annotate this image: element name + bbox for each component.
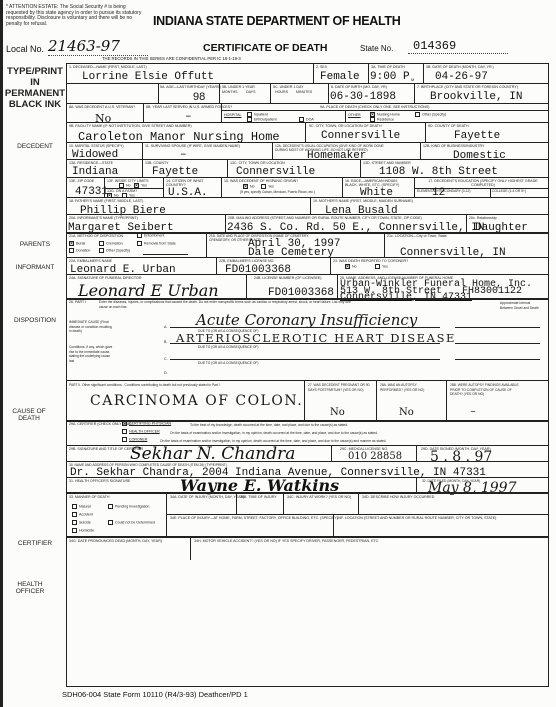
scan-edge: [0, 0, 3, 707]
time-suffix: M: [411, 78, 414, 82]
label-27: 27. WAS DECEDENT PREGNANT OR 90 DAYS POS…: [308, 383, 370, 392]
section-informant: INFORMANT: [4, 264, 66, 271]
label-21c: 21c. LOCATION—City or Town, State: [387, 234, 447, 238]
certificate-title: CERTIFICATE OF DEATH: [203, 42, 327, 54]
checkbox-donation[interactable]: Donation: [69, 248, 90, 253]
label-5b-months: Months: [222, 90, 238, 94]
label-34h: 34h. MOTOR VEHICLE ACCIDENT? (Yes or no)…: [194, 539, 379, 543]
state-no-label: State No.: [360, 44, 393, 53]
label-22a: 22a. EMBALMER'S NAME: [69, 259, 112, 263]
label-20b: 20b. MAILING ADDRESS (Street and Number …: [228, 216, 422, 220]
city-of-death: Connersville: [321, 130, 400, 142]
label-15: 15. WAS DECEDENT OF HISPANIC ORIGIN?: [224, 179, 298, 183]
label-5c-hours: Hours: [275, 90, 288, 94]
due-to-b: DUE TO (OR AS A CONSEQUENCE OF): [198, 345, 259, 349]
label-34e: 34e. PLACE OF INJURY—At home, farm, stre…: [170, 516, 338, 520]
pregnant: No: [330, 407, 345, 418]
label-28a: 28a. WAS AN AUTOPSY PERFORMED? (Yes or n…: [380, 383, 440, 392]
part2-label: PART II. Other significant conditions - …: [69, 383, 220, 387]
sex: Female: [320, 71, 360, 83]
date-of-death: 04-26-97: [435, 71, 488, 83]
label-34d: 34d. DESCRIBE HOW INJURY OCCURRED: [362, 495, 434, 499]
part2-value: CARCINOMA OF COLON.: [90, 393, 303, 409]
line-b-letter: b.: [164, 340, 167, 344]
label-5a: 5a. AGE—Last Birthday (Years): [160, 85, 221, 89]
section-parents: PARENTS: [4, 241, 66, 248]
label-31: 31. HEALTH OFFICER'S SIGNATURE: [69, 479, 130, 483]
checkbox-coroner-yes[interactable]: Yes: [375, 264, 388, 269]
date-of-birth: 06-30-1898: [330, 91, 396, 103]
checkbox-coroner-no[interactable]: No: [345, 264, 357, 269]
section-certifier: CERTIFIER: [4, 540, 66, 547]
label-3a: 3a. TIME OF DEATH: [371, 65, 405, 69]
county-of-death: Fayette: [454, 130, 500, 142]
state-no-value: 014369: [408, 39, 508, 54]
checkbox-accident[interactable]: Accident: [72, 512, 93, 517]
section-disposition: DISPOSITION: [4, 317, 66, 324]
conditions-label: Conditions, if any, which gave rise to t…: [69, 345, 114, 363]
label-19: 19. MOTHER'S NAME (First, Middle, Maiden…: [313, 199, 413, 203]
label-18: 18. FATHER'S NAME (First, Middle, Last): [69, 199, 143, 203]
section-type-print: TYPE/PRINT IN PERMANENT BLACK INK: [4, 66, 66, 110]
checkbox-hispanic-no[interactable]: No: [243, 184, 255, 189]
autopsy: No: [399, 407, 414, 418]
local-no-value: 21463-97: [48, 37, 148, 56]
checkbox-homicide[interactable]: Homicide: [72, 528, 94, 533]
health-officer-text: On the basis of examination and/or inves…: [170, 431, 378, 435]
checkbox-other-disposition[interactable]: Other (Specify): [99, 248, 130, 253]
interval-label: Approximate Interval Between Onset and D…: [500, 301, 540, 311]
label-5c-minutes: Minutes: [296, 90, 312, 94]
label-13d: 13d. STREET AND NUMBER: [363, 161, 411, 165]
confidential-note: THE RECORDS IN THIS SERIES ARE CONFIDENT…: [102, 56, 241, 61]
label-1: 1. DECEASED—NAME (First, Middle, Last): [69, 65, 147, 69]
birthplace: Brookville, IN: [430, 91, 522, 103]
label-13c: 13c. CITY, TOWN OR LOCATION: [230, 161, 285, 165]
attention-notice: * ATTENTION ESTATE: The Social Security …: [6, 5, 144, 27]
label-13b: 13b. COUNTY: [145, 161, 169, 165]
checkbox-removal[interactable]: Removal from State: [137, 241, 176, 246]
checkbox-undetermined[interactable]: Could not be Determined: [108, 520, 155, 525]
hospital-label: HOSPITAL: [224, 113, 242, 117]
label-13e: 13e. ZIP CODE: [69, 179, 94, 183]
checkbox-suicide[interactable]: Suicide: [72, 520, 91, 525]
occupation: Homemaker: [307, 150, 366, 162]
other-label: OTHER: [348, 113, 361, 117]
label-8a: 8a. WAS DECEDENT A U.S. VETERAN?: [69, 105, 135, 109]
label-7: 7. BIRTHPLACE (City and State or Foreign…: [417, 85, 518, 89]
checkbox-cremation[interactable]: Cremation: [99, 241, 123, 246]
label-20a: 20a. INFORMANT'S NAME (Type/Print): [69, 216, 138, 220]
label-14: 14. CITIZEN OF WHAT COUNTRY?: [166, 179, 204, 187]
label-2: 2. SEX: [316, 65, 327, 69]
label-23: 23. WAS DEATH REPORTED TO CORONER?: [333, 259, 408, 263]
label-5b: 5b. UNDER 1 YEAR: [222, 85, 255, 89]
line-d-letter: d.: [164, 371, 168, 375]
checkbox-health-officer[interactable]: HEALTH OFFICER: [122, 429, 160, 434]
section-cause-of-death: CAUSE OF DEATH: [4, 408, 54, 422]
time-of-death: 9:00 P: [370, 71, 410, 83]
checkbox-hispanic-yes[interactable]: Yes: [261, 184, 274, 189]
checkbox-burial[interactable]: Burial: [69, 241, 85, 246]
physician-text: To the best of my knowledge, death occur…: [190, 423, 348, 427]
label-33: 33. MANNER OF DEATH: [69, 495, 109, 499]
label-20c: 20c. Relationship: [469, 216, 497, 220]
label-22b: 22b. EMBALMER'S LICENSE NO.: [219, 259, 274, 263]
line-a-letter: a.: [164, 325, 167, 329]
label-34c: 34c. INJURY AT WORK? (Yes or no): [287, 495, 351, 499]
checkbox-natural[interactable]: Natural: [72, 504, 91, 509]
label-9d: 9d. COUNTY OF DEATH: [428, 124, 469, 128]
label-10: 10. MARITAL STATUS (Specify): [69, 144, 124, 148]
local-no-label: Local No.: [6, 44, 44, 54]
label-24b: 24b. LICENSE NUMBER (of Licensee): [254, 276, 322, 280]
label-9a: 9a. PLACE OF DEATH (Check only one. See …: [320, 105, 429, 109]
label-12b: 12b. KIND OF BUSINESS/INDUSTRY: [423, 144, 484, 148]
death-certificate: * ATTENTION ESTATE: The Social Security …: [0, 0, 556, 707]
label-34f: 34f. LOCATION (Street and Number or Rura…: [337, 516, 496, 520]
label-13a: 13a. RESIDENCE—STATE: [69, 161, 113, 165]
label-6: 6. DATE OF BIRTH (Mo. Day, Yr): [331, 85, 387, 89]
label-5c: 5c. UNDER 1 DAY: [273, 85, 304, 89]
age: 98: [193, 91, 205, 103]
due-to-c: DUE TO (OR AS A CONSEQUENCE OF): [198, 361, 259, 365]
section-health-officer: HEALTH OFFICER: [4, 581, 56, 595]
section-decedent: DECEDENT: [4, 143, 66, 150]
checkbox-pending[interactable]: Pending Investigation: [108, 504, 149, 509]
line-c-letter: c.: [164, 357, 168, 361]
label-5b-days: Days: [246, 90, 256, 94]
label-9b: 9b. FACILITY NAME (If not institution, g…: [69, 124, 192, 128]
label-17-college: College (1-4 or 5+): [492, 189, 526, 193]
label-28b: 28b. WERE AUTOPSY FINDINGS AVAILABLE PRI…: [450, 383, 520, 397]
department-title: INDIANA STATE DEPARTMENT OF HEALTH: [153, 14, 400, 28]
date-signed: 5 . 8 . 97: [430, 449, 492, 465]
immediate-cause-label: IMMEDIATE CAUSE (Final disease or condit…: [69, 320, 114, 334]
label-34g: 34g. DATE PRONOUNCED DEAD (Month, Day, Y…: [69, 539, 162, 543]
checkbox-other-specify[interactable]: Other (Specify): [415, 112, 446, 117]
deceased-name: Lorrine Elsie Offutt: [82, 71, 214, 83]
checkbox-entombment[interactable]: Entombment: [137, 233, 164, 238]
label-34a: 34a. DATE OF INJURY (Month, Day, Year): [170, 495, 244, 499]
label-9c: 9c. CITY, TOWN, OR LOCATION OF DEATH: [309, 124, 382, 128]
autopsy-findings: –: [470, 407, 476, 418]
label-34b: 34b. TIME OF INJURY: [240, 495, 277, 499]
label-16: 16. RACE—American Indian, Black, White, …: [345, 179, 405, 187]
hispanic-note: (If yes, specify Cuban, Mexican, Puerto …: [240, 190, 330, 194]
business: Domestic: [453, 150, 506, 162]
part1-instructions: Enter the diseases, injuries, or complic…: [99, 300, 359, 310]
checkbox-certifying-physician[interactable]: CERTIFYING PHYSICIAN: [122, 421, 171, 426]
checkbox-coroner[interactable]: CORONER: [122, 437, 147, 442]
label-17: 17. DECEDENT'S EDUCATION (Specify only h…: [417, 179, 549, 187]
label-26: 26. PART I: [69, 300, 86, 304]
label-3b: 3b. DATE OF DEATH (Month, Day, Yr.): [426, 65, 494, 69]
label-11: 11. SURVIVING SPOUSE (If wife, give maid…: [145, 144, 240, 148]
coroner-text: On the basis of examination and/or inves…: [160, 439, 386, 443]
label-8b: 8b. YEAR LAST SERVED IN U.S. ARMED FORCE…: [146, 105, 232, 109]
label-24a: 24a. SIGNATURE OF FUNERAL DIRECTOR: [69, 276, 141, 280]
label-21a: 21a. METHOD OF DISPOSITION: [69, 234, 123, 238]
form-footer: SDH06-004 State Form 10110 (R4/3-93) Dea…: [62, 690, 248, 699]
